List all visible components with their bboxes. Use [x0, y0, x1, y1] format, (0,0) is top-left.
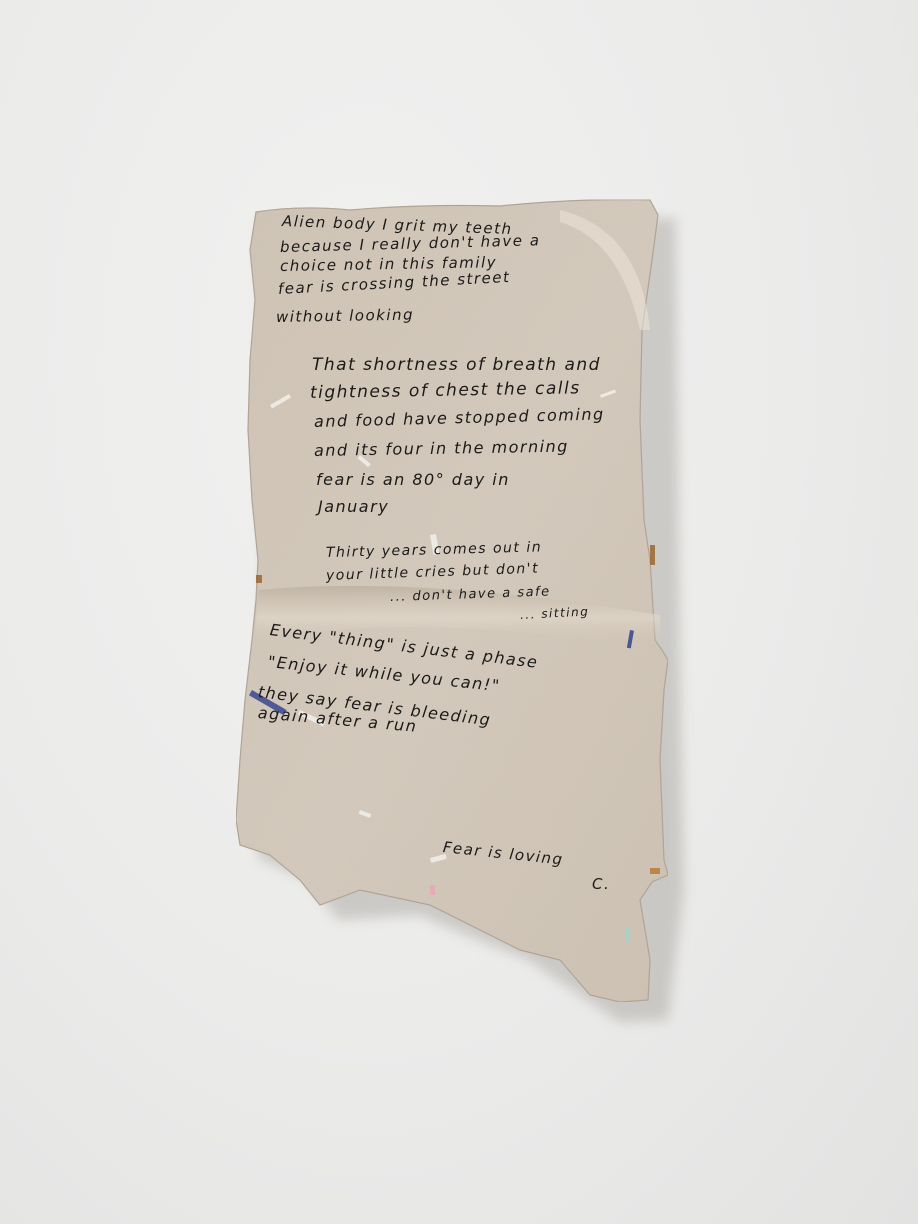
text-line: without looking — [276, 306, 414, 326]
text-line: fear is an 80° day in — [316, 470, 510, 489]
signature: C. — [592, 875, 610, 893]
text-line: That shortness of breath and — [312, 355, 601, 375]
artwork-paper: Alien body I grit my teeth because I rea… — [0, 0, 918, 1224]
text-line: January — [318, 497, 389, 516]
paper-sheet — [0, 0, 918, 1224]
